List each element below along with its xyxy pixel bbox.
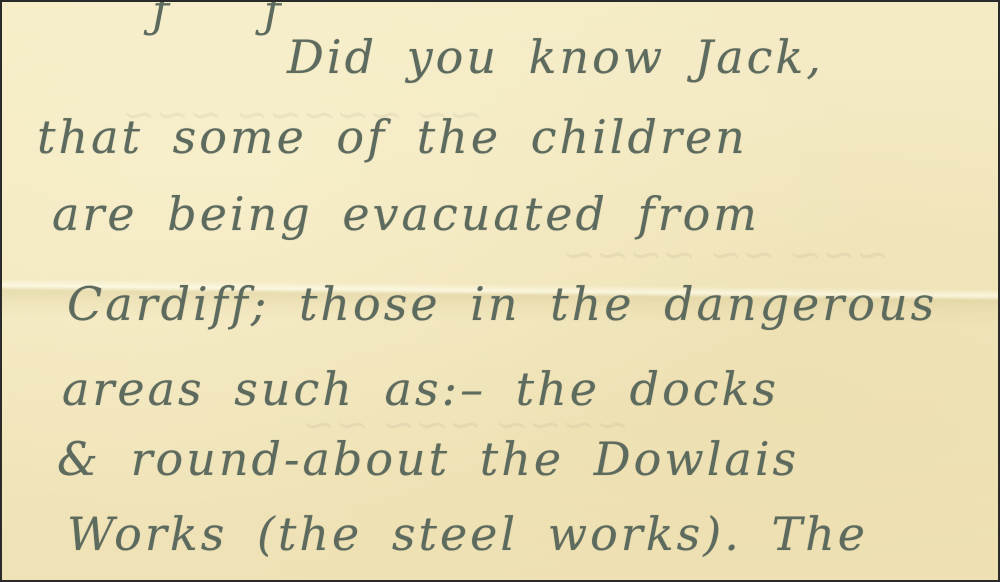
letter-line-1: Did you know Jack, [287, 30, 824, 84]
letter-line-4: Cardiff; those in the dangerous [67, 277, 937, 331]
letter-page: ~~ ~~~~~ ~~~ ~~~ ~~ ~~~~ ~~~~ ~~~ ~~ ƒ ƒ… [0, 0, 1000, 582]
letter-line-3: are being evacuated from [52, 187, 760, 241]
letter-line-6: & round-about the Dowlais [57, 432, 799, 486]
letter-line-7: Works (the steel works). The [67, 507, 868, 561]
letter-line-5: areas such as:– the docks [62, 362, 779, 416]
letter-line-2: that some of the children [37, 110, 748, 164]
